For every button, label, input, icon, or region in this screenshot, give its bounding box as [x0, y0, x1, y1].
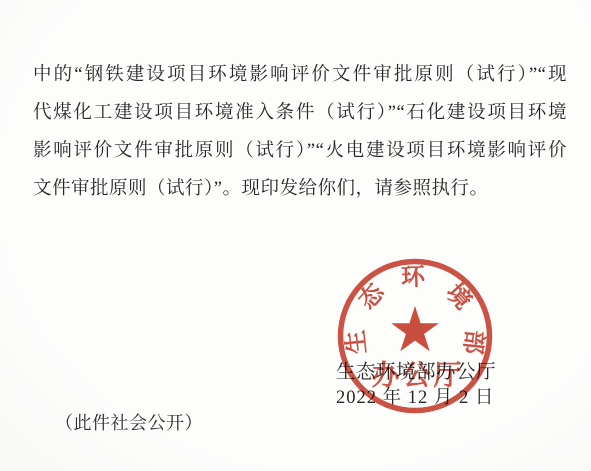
paragraph-line: 影响评价文件审批原则（试行）”“火电建设项目环境影响评价: [33, 132, 567, 170]
official-seal: 生 态 环 境 部 办公厅: [330, 251, 500, 421]
paragraph-line: 中的“钢铁建设项目环境影响评价文件审批原则（试行）”“现: [33, 56, 567, 94]
seal-arc-char: 部: [459, 329, 489, 356]
paragraph-line: 代煤化工建设项目环境准入条件（试行）”“石化建设项目环境: [33, 94, 567, 132]
star-icon: [391, 306, 439, 351]
body-paragraph: 中的“钢铁建设项目环境影响评价文件审批原则（试行）”“现 代煤化工建设项目环境准…: [33, 56, 567, 208]
seal-bottom-text: 办公厅: [371, 360, 464, 392]
paragraph-line: 文件审批原则（试行）”。现印发给你们，请参照执行。: [33, 170, 567, 208]
public-disclosure-note: （此件社会公开）: [55, 409, 203, 435]
seal-arc-char: 环: [401, 264, 427, 292]
seal-arc-char: 生: [342, 329, 371, 356]
official-seal-graphic: 生 态 环 境 部 办公厅: [330, 251, 500, 421]
document-page: 中的“钢铁建设项目环境影响评价文件审批原则（试行）”“现 代煤化工建设项目环境准…: [0, 0, 591, 471]
